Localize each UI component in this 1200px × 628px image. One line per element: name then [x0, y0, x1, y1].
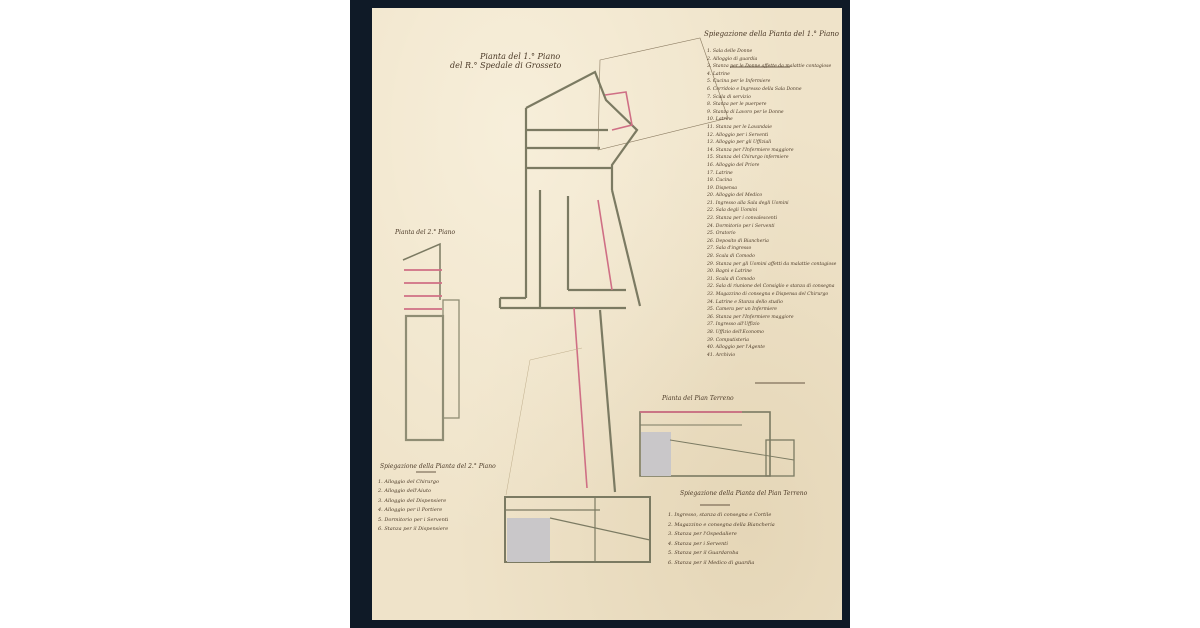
- legend-item: 3. Alloggio del Dispensiere: [378, 497, 448, 506]
- legend-item: 23. Stanza per i convalescenti: [707, 215, 847, 223]
- legend-2nd-floor-title: Spiegazione della Pianta del 2.° Piano: [380, 463, 496, 470]
- legend-item: 20. Alloggio del Medico: [707, 192, 847, 200]
- main-plan-title-line1: Pianta del 1.° Piano: [450, 52, 561, 61]
- legend-item: 6. Stanza per il Dispensiere: [378, 525, 448, 534]
- legend-item: 24. Dormitorio per i Serventi: [707, 223, 847, 231]
- legend-item: 25. Oratorio: [707, 230, 847, 238]
- legend-item: 12. Alloggio per i Serventi: [707, 132, 847, 140]
- legend-item: 35. Camera per un Infermiere: [707, 306, 847, 314]
- legend-item: 27. Sala d'ingresso: [707, 245, 847, 253]
- legend-item: 28. Scala di Comodo: [707, 253, 847, 261]
- legend-item: 11. Stanza per le Lavandaie: [707, 124, 847, 132]
- legend-item: 8. Stanza per le puerpere: [707, 101, 847, 109]
- legend-item: 37. Ingresso all'Uffizio: [707, 321, 847, 329]
- legend-item: 7. Scala di servizio: [707, 94, 847, 102]
- legend-item: 2. Alloggio dell'Aiuto: [378, 487, 448, 496]
- legend-item: 38. Uffizio dell'Economo: [707, 329, 847, 337]
- legend-item: 4. Alloggio per il Portiere: [378, 506, 448, 515]
- legend-item: 6. Corridoio e Ingresso della Sala Donne: [707, 86, 847, 94]
- legend-item: 3. Stanza per le Donne affette da malatt…: [707, 63, 847, 71]
- legend-item: 29. Stanza per gli Uomini affetti da mal…: [707, 261, 847, 269]
- legend-item: 6. Stanza per il Medico di guardia: [668, 559, 775, 569]
- legend-item: 16. Alloggio del Priore: [707, 162, 847, 170]
- legend-item: 34. Latrine e Stanza dello studio: [707, 299, 847, 307]
- legend-item: 36. Stanza per l'Infermiere maggiore: [707, 314, 847, 322]
- legend-item: 30. Bagni e Latrine: [707, 268, 847, 276]
- plan-ground-floor-title: Pianta del Pian Terreno: [662, 395, 734, 402]
- legend-item: 4. Latrine: [707, 71, 847, 79]
- legend-item: 9. Stanza di Lavoro per le Donne: [707, 109, 847, 117]
- legend-item: 1. Ingresso, stanza di consegna e Cortil…: [668, 511, 775, 521]
- legend-item: 40. Alloggio per l'Agente: [707, 344, 847, 352]
- main-plan-title: Pianta del 1.° Piano del R.° Spedale di …: [450, 52, 561, 70]
- legend-item: 19. Dispensa: [707, 185, 847, 193]
- legend-1st-floor-title: Spiegazione della Pianta del 1.° Piano: [704, 30, 839, 38]
- legend-ground-floor-list: 1. Ingresso, stanza di consegna e Cortil…: [668, 511, 775, 569]
- legend-item: 32. Sala di riunione del Consiglio e sta…: [707, 283, 847, 291]
- legend-item: 5. Cucina per le Infermiere: [707, 78, 847, 86]
- legend-item: 18. Cucina: [707, 177, 847, 185]
- floor-plan-drawing: [0, 0, 1200, 628]
- legend-item: 21. Ingresso alla Sala degli Uomini: [707, 200, 847, 208]
- legend-item: 1. Sala delle Donne: [707, 48, 847, 56]
- legend-1st-floor-list: 1. Sala delle Donne2. Alloggio di guardi…: [707, 48, 847, 359]
- main-plan-title-line2: del R.° Spedale di Grosseto: [450, 61, 561, 70]
- legend-ground-floor-title: Spiegazione della Pianta del Pian Terren…: [680, 490, 807, 497]
- legend-item: 1. Alloggio del Chirurgo: [378, 478, 448, 487]
- legend-item: 2. Magazzino e consegna della Biancheria: [668, 521, 775, 531]
- plan-2nd-floor-title: Pianta del 2.° Piano: [395, 229, 455, 236]
- legend-item: 26. Deposito di Biancheria: [707, 238, 847, 246]
- legend-item: 4. Stanza per i Serventi: [668, 540, 775, 550]
- legend-item: 5. Dormitorio per i Serventi: [378, 516, 448, 525]
- legend-item: 13. Alloggio per gli Uffiziali: [707, 139, 847, 147]
- legend-item: 22. Sala degli Uomini: [707, 207, 847, 215]
- legend-2nd-floor-list: 1. Alloggio del Chirurgo2. Alloggio dell…: [378, 478, 448, 534]
- legend-item: 14. Stanza per l'Infermiere maggiore: [707, 147, 847, 155]
- legend-item: 31. Scala di Comodo: [707, 276, 847, 284]
- legend-item: 5. Stanza per il Guardaroba: [668, 549, 775, 559]
- legend-item: 41. Archivio: [707, 352, 847, 360]
- legend-item: 17. Latrine: [707, 170, 847, 178]
- legend-item: 15. Stanza del Chirurgo infermiere: [707, 154, 847, 162]
- legend-item: 33. Magazzino di consegna e Dispensa del…: [707, 291, 847, 299]
- legend-item: 2. Alloggio di guardia: [707, 56, 847, 64]
- legend-item: 10. Latrine: [707, 116, 847, 124]
- legend-item: 3. Stanza per l'Ospedaliere: [668, 530, 775, 540]
- legend-item: 39. Computisteria: [707, 337, 847, 345]
